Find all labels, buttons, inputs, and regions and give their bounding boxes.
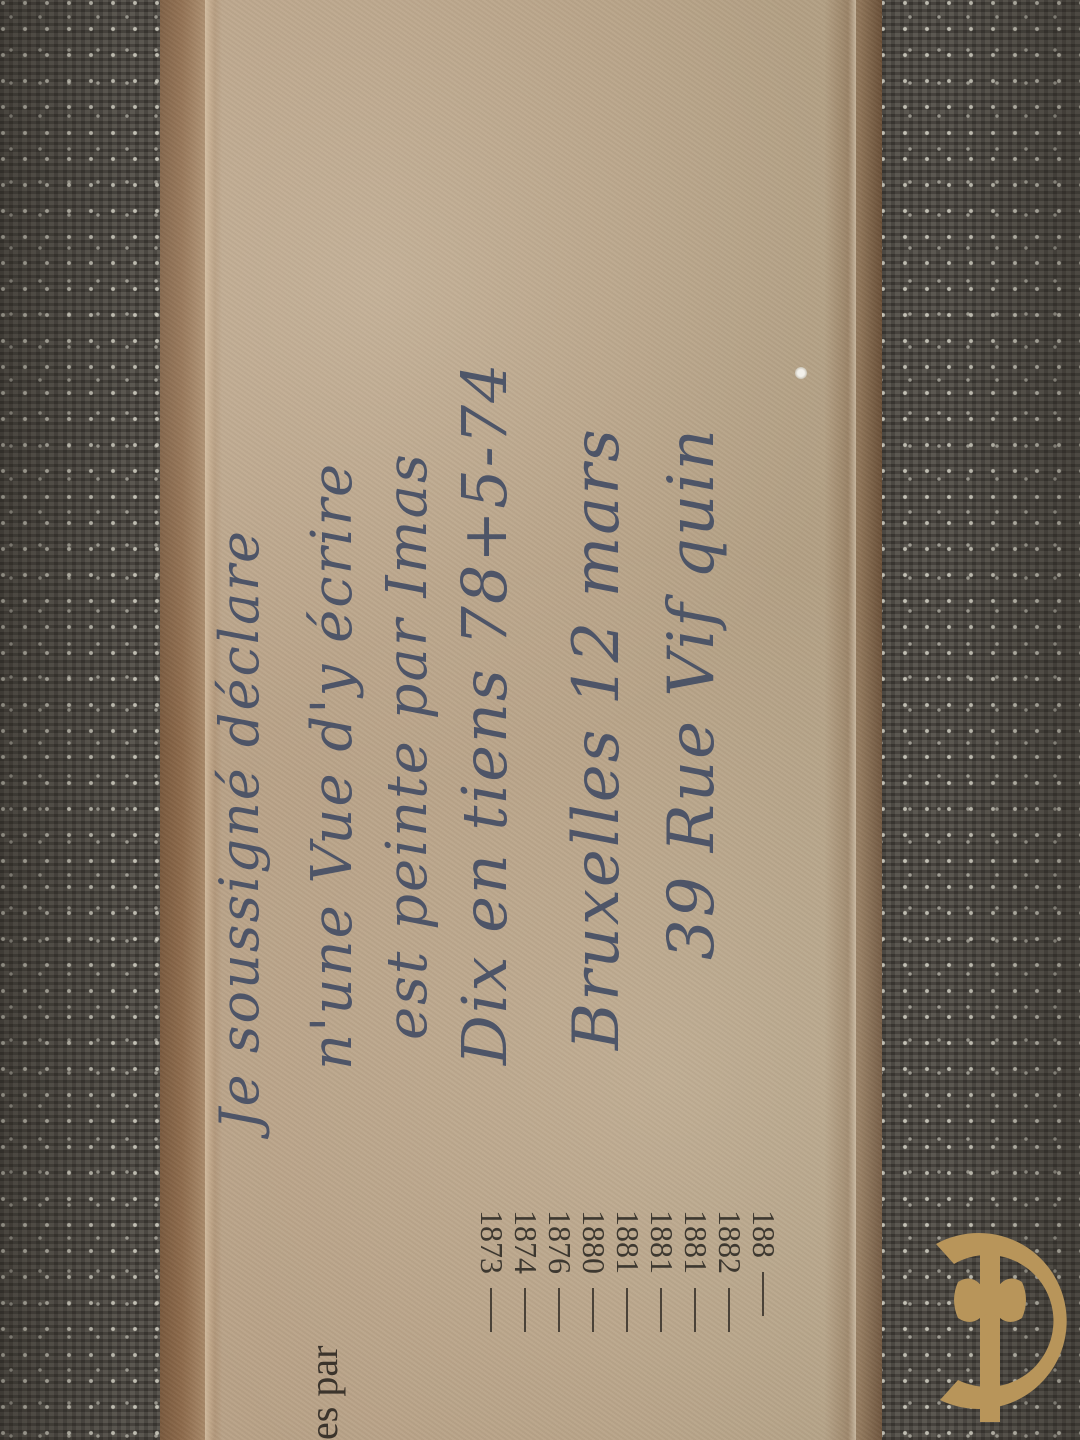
rivet-hole: [795, 367, 807, 379]
paper-left-edge: [205, 0, 215, 1440]
paper-right-edge: [848, 0, 856, 1440]
gavel-d-logo-icon: [918, 1222, 1068, 1422]
cardboard-strip: [160, 0, 882, 1440]
printed-caption: es par: [300, 1346, 347, 1440]
